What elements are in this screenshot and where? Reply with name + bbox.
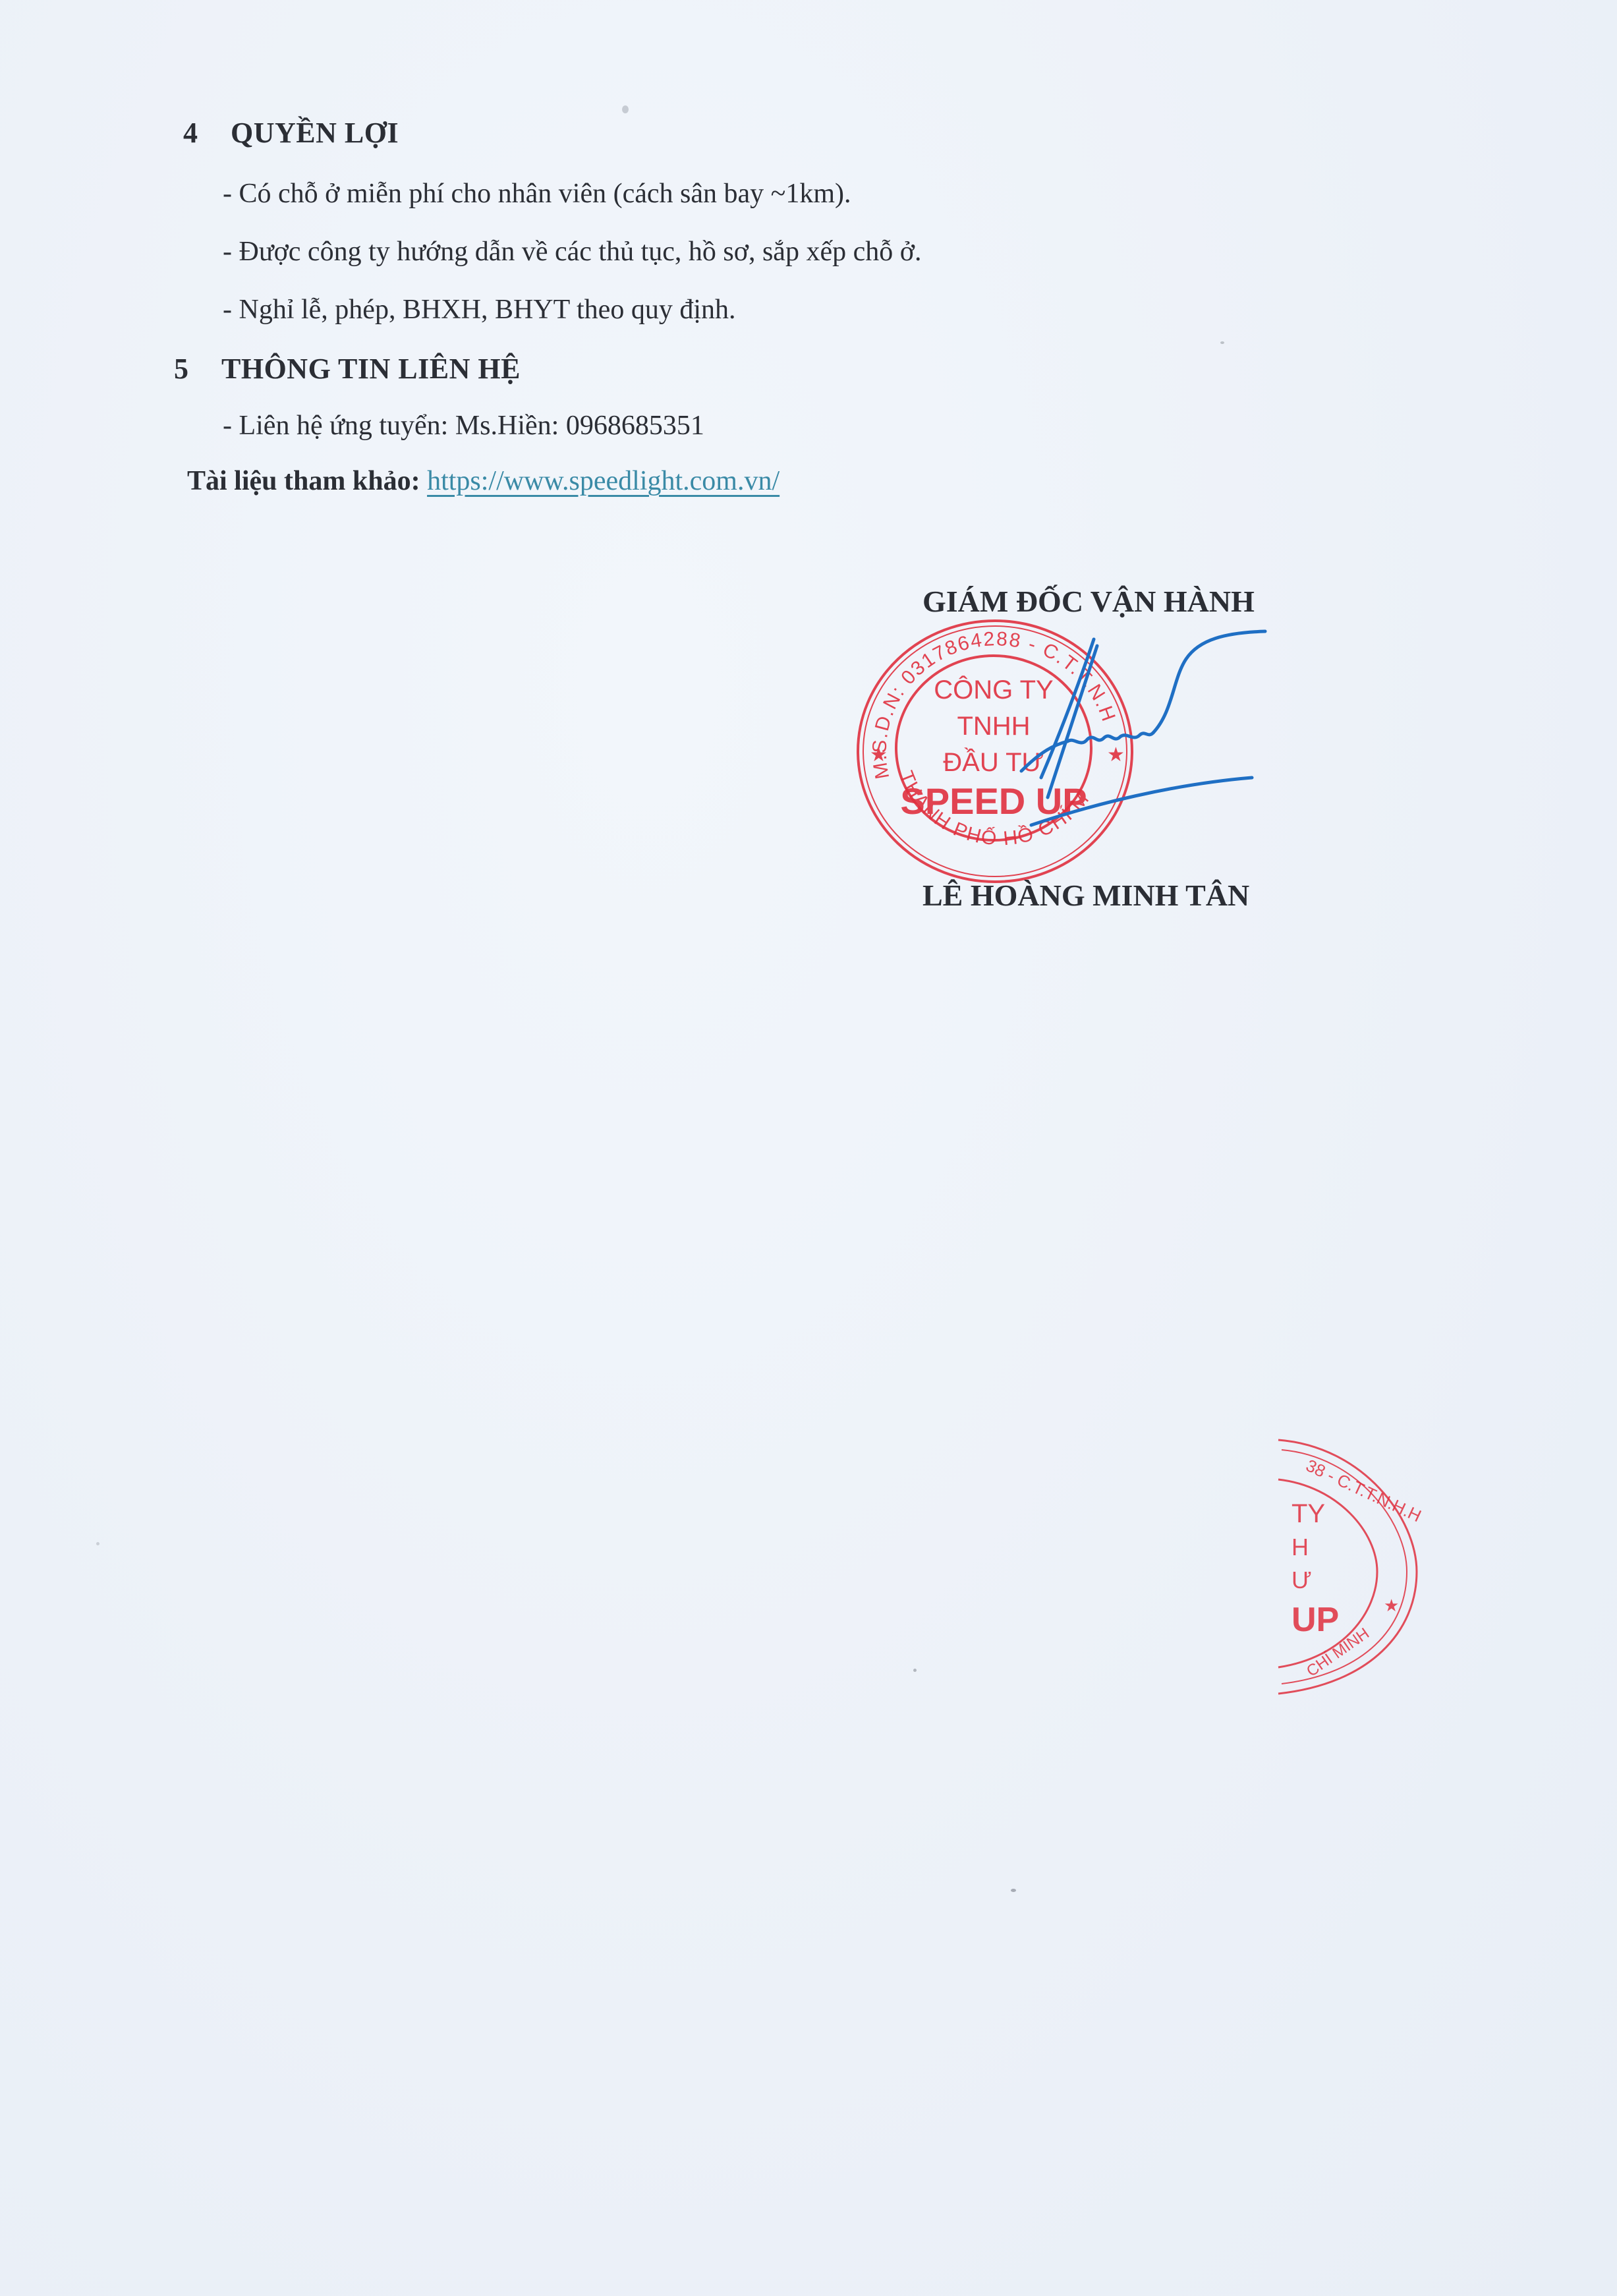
section-title: THÔNG TIN LIÊN HỆ	[221, 353, 521, 385]
svg-text:Ư: Ư	[1291, 1566, 1312, 1593]
reference-line: Tài liệu tham khảo: https://www.speedlig…	[187, 465, 780, 497]
section-title: QUYỀN LỢI	[231, 117, 399, 149]
scan-speck	[622, 105, 629, 113]
section-number: 4	[183, 116, 231, 150]
reference-label: Tài liệu tham khảo:	[187, 466, 420, 496]
benefit-item: - Có chỗ ở miễn phí cho nhân viên (cách …	[223, 178, 851, 210]
svg-text:★: ★	[870, 744, 888, 766]
section-heading-benefits: 4QUYỀN LỢI	[183, 116, 399, 150]
scan-speck	[96, 1542, 99, 1545]
scan-speck	[913, 1669, 917, 1672]
svg-text:★: ★	[1384, 1595, 1399, 1615]
benefit-item: - Được công ty hướng dẫn về các thủ tục,…	[223, 236, 921, 268]
svg-text:UP: UP	[1291, 1601, 1339, 1639]
reference-link[interactable]: https://www.speedlight.com.vn/	[427, 466, 780, 496]
seam-stamp-icon: 38 - C.T.T.N.H.H TY H Ư UP CHÍ MINH ★	[1265, 1414, 1423, 1704]
signatory-name: LÊ HOÀNG MINH TÂN	[922, 878, 1249, 913]
svg-text:H: H	[1291, 1534, 1309, 1561]
scan-speck	[1220, 341, 1224, 344]
benefit-item: - Nghỉ lễ, phép, BHXH, BHYT theo quy địn…	[223, 294, 736, 326]
section-heading-contact: 5THÔNG TIN LIÊN HỆ	[174, 352, 521, 386]
signature-icon	[975, 619, 1278, 830]
svg-text:TY: TY	[1291, 1499, 1325, 1528]
section-number: 5	[174, 352, 221, 386]
scan-speck	[1011, 1889, 1016, 1892]
contact-item: - Liên hệ ứng tuyển: Ms.Hiền: 0968685351	[223, 410, 704, 442]
document-page: 4QUYỀN LỢI - Có chỗ ở miễn phí cho nhân …	[0, 0, 1617, 2296]
